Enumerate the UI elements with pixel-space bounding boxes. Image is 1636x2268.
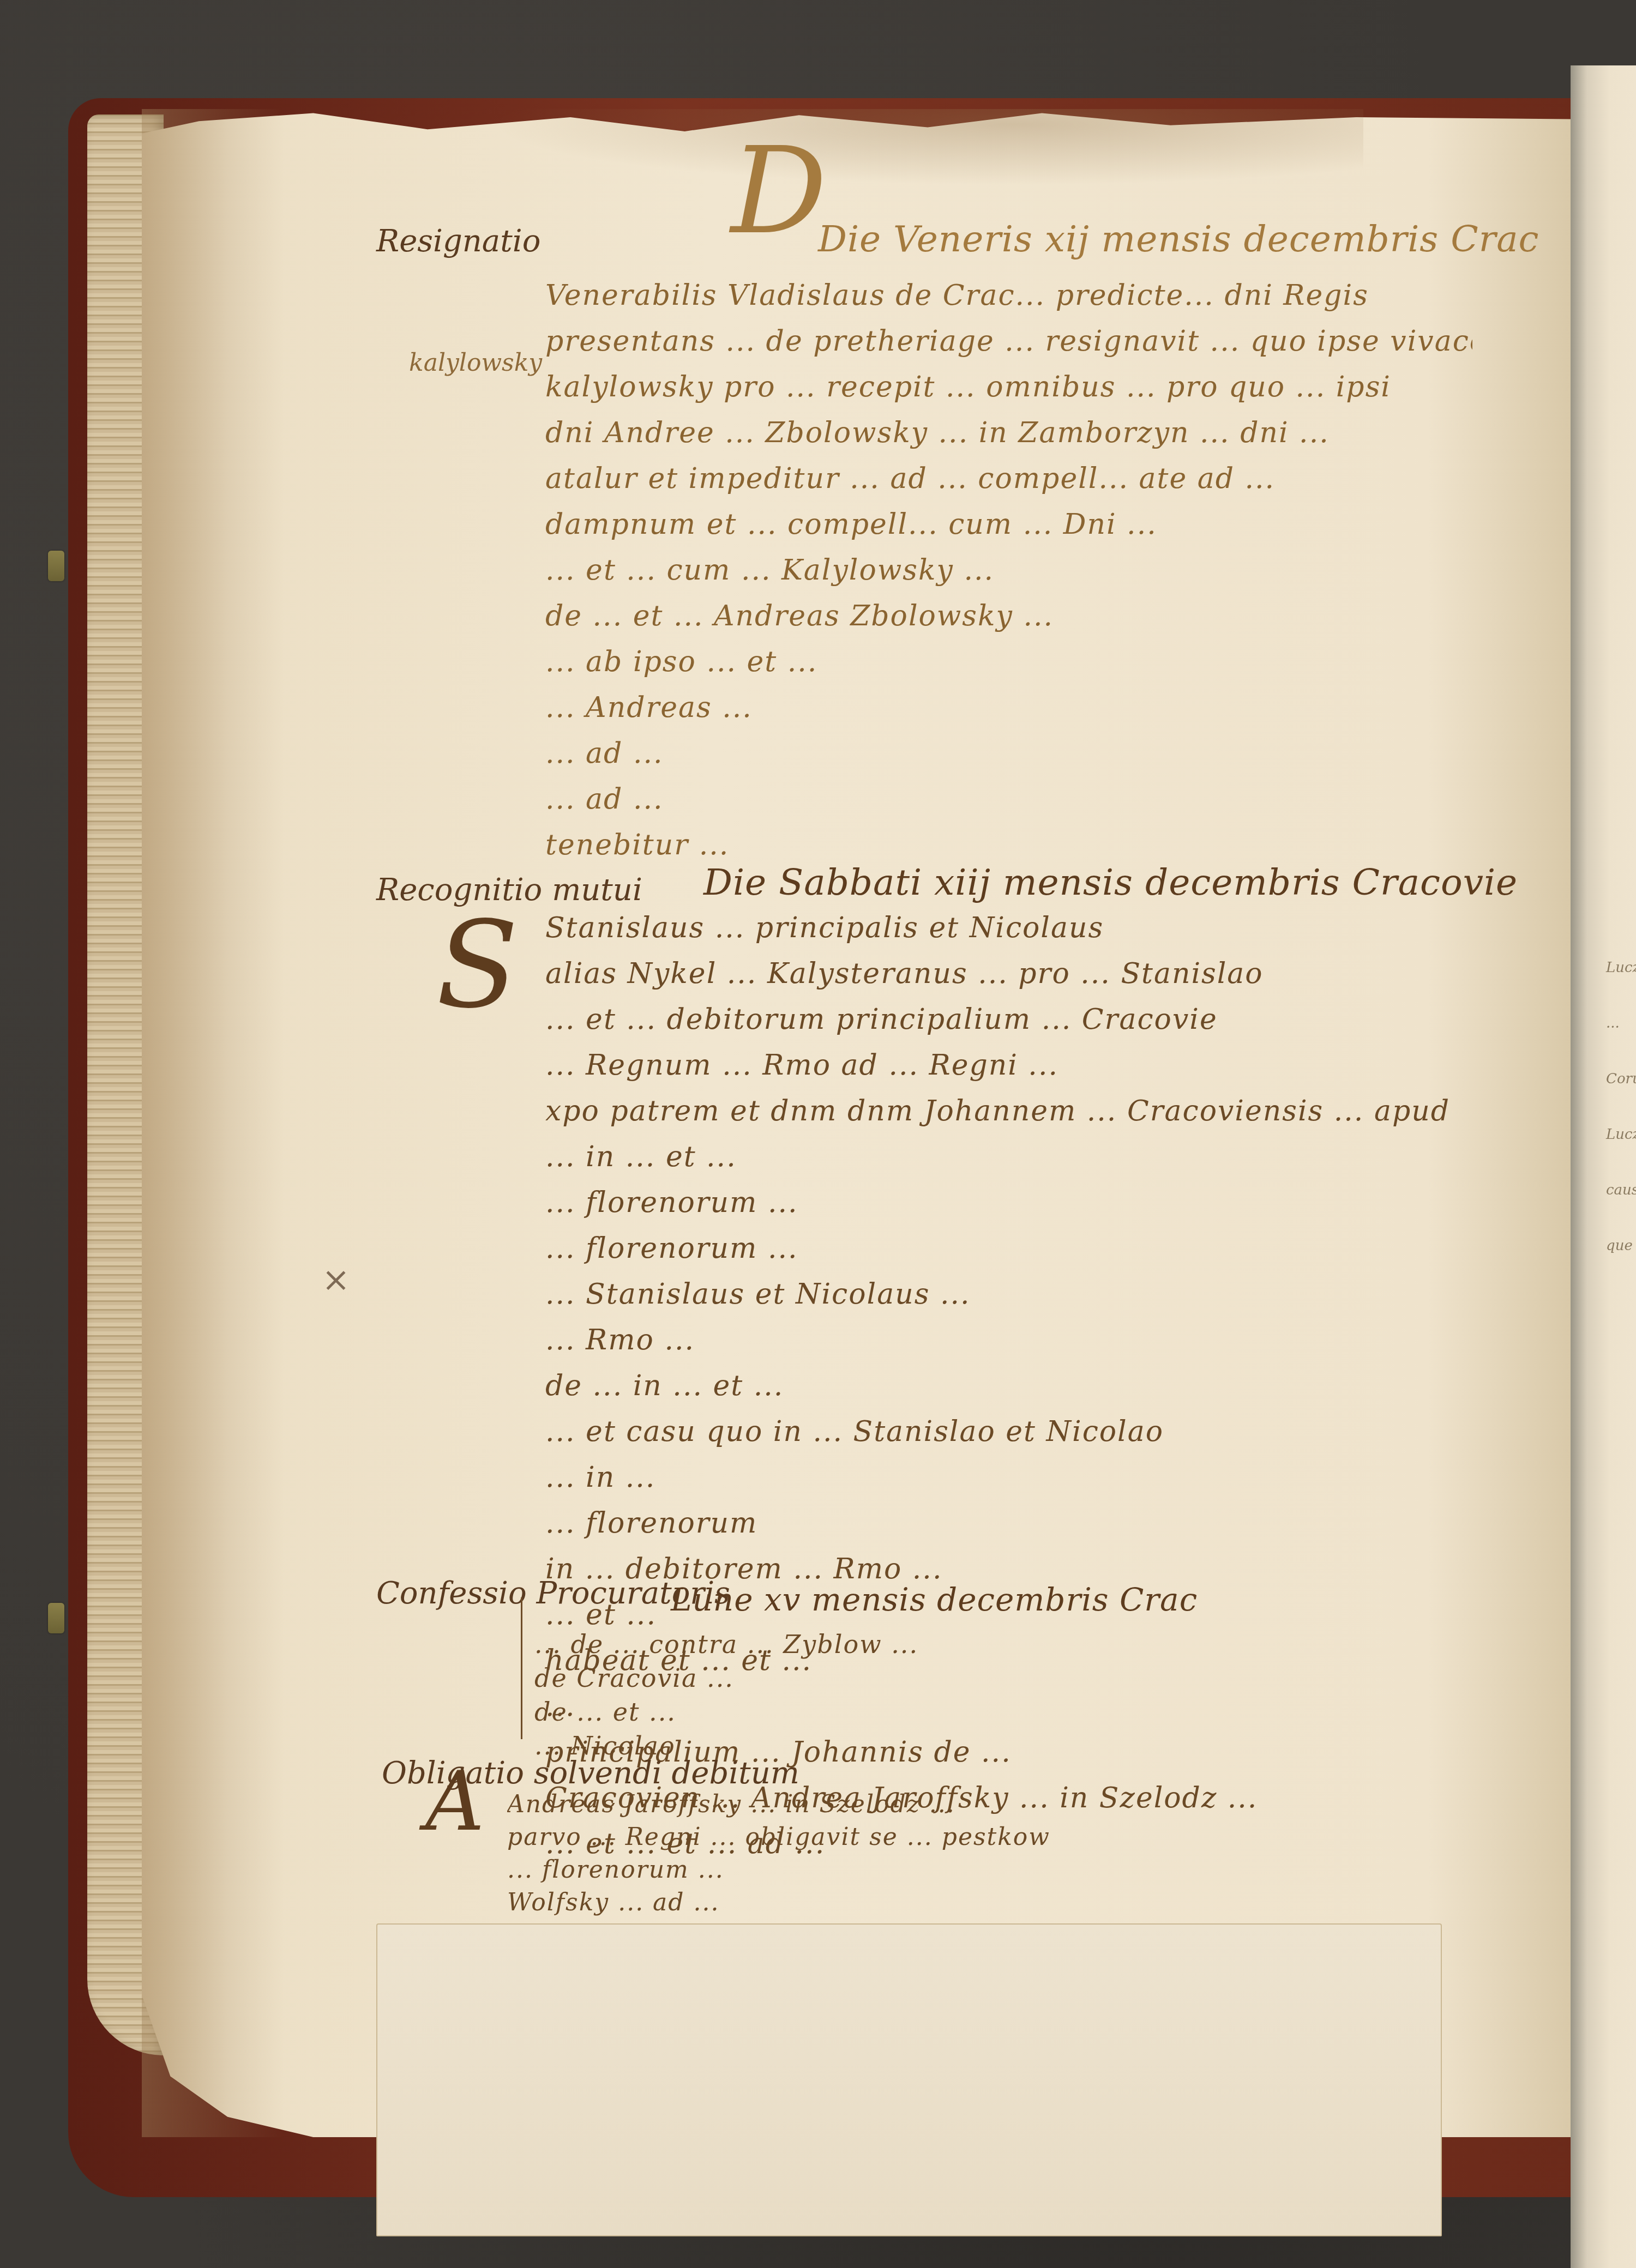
text-line: Venerabilis Vladislaus de Crac... predic… [545,273,1472,318]
text-line: dni Andree ... Zbolowsky ... in Zamborzy… [545,410,1472,456]
margin-cross-mark: × [322,1259,350,1299]
gutter-shadow [142,109,284,2137]
facing-page-text: Lucz ... Coru... Lucz que causi ... que … [1606,921,1636,1274]
text-line: de ... in ... et ... [545,1363,1516,1409]
text-line: ... in ... et ... [545,1134,1516,1180]
entry-4-initial: A [425,1761,484,1843]
text-line: Stanislaus ... principalis et Nicolaus [545,905,1516,951]
text-line: ... et ... cum ... Kalylowsky ... [545,547,1472,593]
text-line: ... et casu quo in ... Stanislao et Nico… [545,1409,1516,1455]
entry-1-initial: D [731,131,827,251]
text-line: ... et ... debitorum principalium ... Cr… [545,997,1516,1042]
water-stain [491,109,1363,185]
entry-1-heading: Die Veneris xij mensis decembris Crac [818,218,1539,260]
text-line: atalur et impeditur ... ad ... compell..… [545,456,1472,502]
text-line: ... de ... contra ... Zyblow ... [534,1627,1505,1661]
clasp-top [48,551,64,581]
text-line: ... florenorum ... [507,1854,1516,1886]
bracket-line [521,1597,522,1739]
entry-1-margin-label: Resignatio [376,224,540,259]
text-line: ... florenorum [545,1500,1516,1546]
entry-3-body: ... de ... contra ... Zyblow ... de Crac… [534,1627,1505,1763]
text-line: ... Stanislaus et Nicolaus ... [545,1271,1516,1317]
text-line: de ... et ... [534,1695,1505,1729]
text-line: Andreas Jaroffsky ... in Szelodz ... [507,1788,1516,1821]
entry-3-heading: Lune xv mensis decembris Crac [671,1581,1198,1618]
text-line: ... ad ... [545,776,1472,822]
text-line: dampnum et ... compell... cum ... Dni ..… [545,502,1472,547]
text-line: ... Rmo ... [545,1317,1516,1363]
text-line: presentans ... de pretheriage ... resign… [545,318,1472,364]
text-line: alias Nykel ... Kalysteranus ... pro ...… [545,951,1516,997]
text-line: ... ad ... [545,731,1472,776]
text-line: kalylowsky pro ... recepit ... omnibus .… [545,364,1472,410]
clasp-bottom [48,1603,64,1633]
entry-1-margin-note: kalylowsky [409,349,542,377]
entry-2-heading: Die Sabbati xiij mensis decembris Cracov… [703,861,1518,903]
text-line: de Cracovia ... [534,1661,1505,1695]
text-line: de ... et ... Andreas Zbolowsky ... [545,593,1472,639]
entry-2-initial: S [436,905,519,1025]
text-line: parvo ... Regni ... obligavit se ... pes… [507,1821,1516,1854]
inserted-paper-slip [376,1923,1442,2236]
text-line: ... ab ipso ... et ... [545,639,1472,685]
text-line: xpo patrem et dnm dnm Johannem ... Craco… [545,1088,1516,1134]
text-line: ... Regnum ... Rmo ad ... Regni ... [545,1042,1516,1088]
text-line: ... Andreas ... [545,685,1472,731]
text-line: ... florenorum ... [545,1180,1516,1226]
text-line: ... florenorum ... [545,1226,1516,1271]
text-line: Wolfsky ... ad ... [507,1886,1516,1919]
text-line: ... in ... [545,1455,1516,1500]
entry-1-body: Venerabilis Vladislaus de Crac... predic… [545,273,1472,868]
